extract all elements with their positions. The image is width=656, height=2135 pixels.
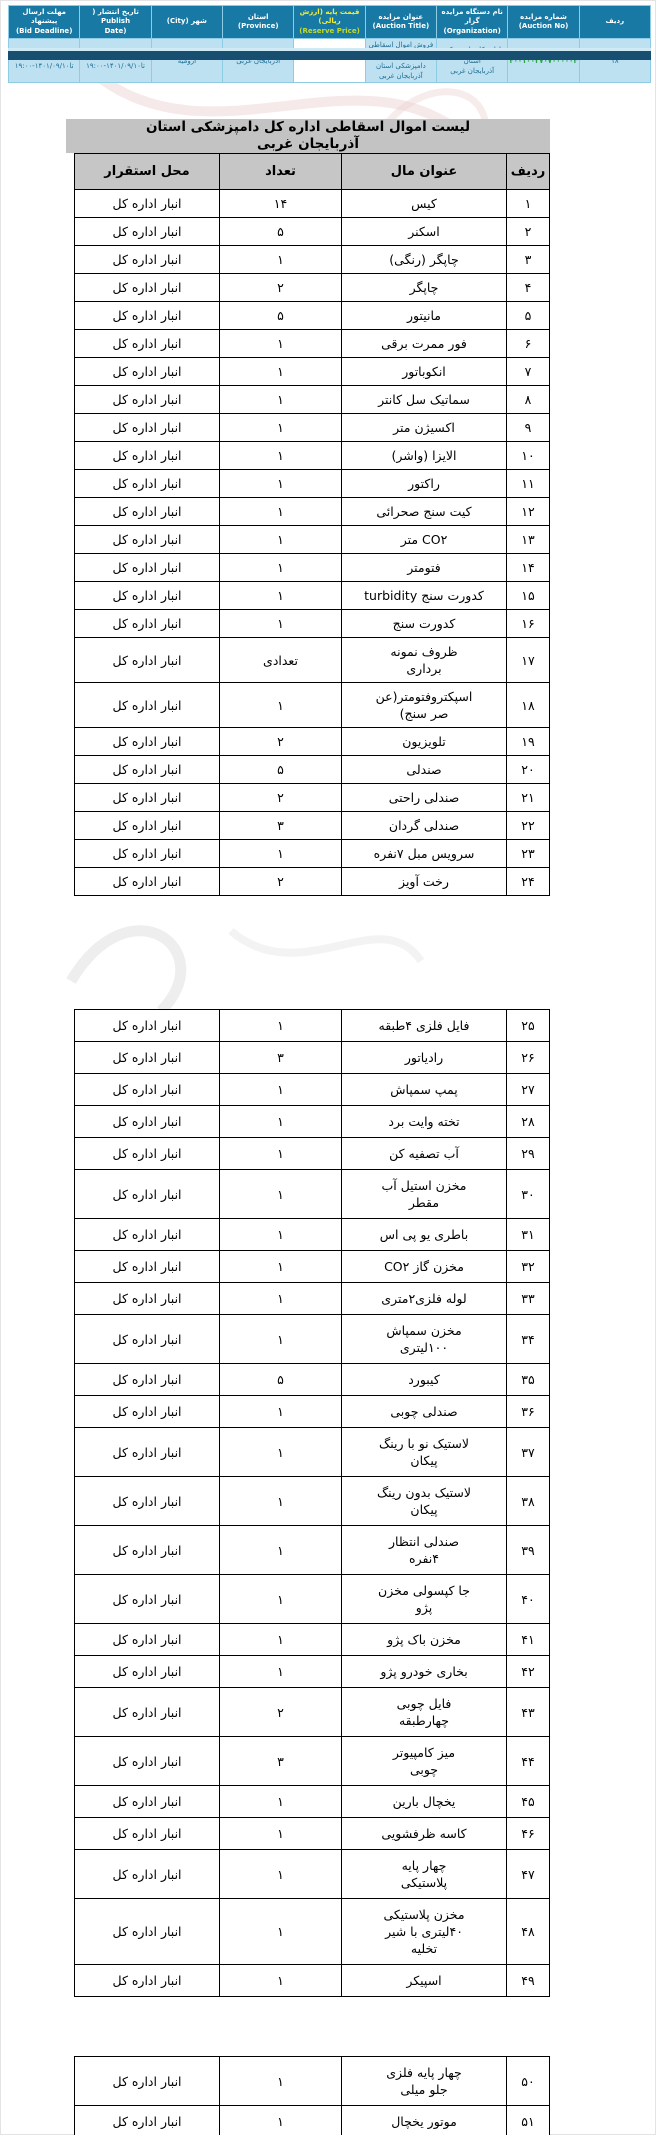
- item-location: انبار اداره کل: [75, 1042, 220, 1074]
- item-quantity: ۱: [220, 2106, 342, 2135]
- table-row: ۲۵فایل فلزی ۴طبقه۱انبار اداره کل: [75, 1010, 550, 1042]
- table-row: ۲۷پمپ سمپاش۱انبار اداره کل: [75, 1074, 550, 1106]
- table-row: ۱۶کدورت سنج۱انبار اداره کل: [75, 610, 550, 638]
- row-number: ۳: [507, 246, 550, 274]
- item-name: صندلی چوبی: [342, 1396, 507, 1428]
- item-quantity: ۱: [220, 470, 342, 498]
- meta-col-province: استان(Province): [223, 6, 294, 39]
- row-number: ۲: [507, 218, 550, 246]
- row-number: ۱۶: [507, 610, 550, 638]
- item-name: لوله فلزی۲متری: [342, 1283, 507, 1315]
- item-location: انبار اداره کل: [75, 554, 220, 582]
- item-name: آب تصفیه کن: [342, 1138, 507, 1170]
- item-quantity: ۲: [220, 274, 342, 302]
- row-number: ۱۷: [507, 638, 550, 683]
- item-name: مخزن باک پژو: [342, 1624, 507, 1656]
- item-name: کیت سنج صحرائی: [342, 498, 507, 526]
- table-row: ۴۱مخزن باک پژو۱انبار اداره کل: [75, 1624, 550, 1656]
- table-row: ۷انکوباتور۱انبار اداره کل: [75, 358, 550, 386]
- item-quantity: ۲: [220, 1688, 342, 1737]
- item-name: صندلی گردان: [342, 812, 507, 840]
- table-row: ۳۶صندلی چوبی۱انبار اداره کل: [75, 1396, 550, 1428]
- item-location: انبار اداره کل: [75, 358, 220, 386]
- item-name: سماتیک سل کانتر: [342, 386, 507, 414]
- table-row: ۳۴مخزن سمپاش ۱۰۰لیتری۱انبار اداره کل: [75, 1315, 550, 1364]
- item-quantity: ۱: [220, 1899, 342, 1965]
- meta-value-auction-title: فروش اموال اسقاطی اداره کل دامپزشکی استا…: [365, 39, 436, 83]
- row-number: ۸: [507, 386, 550, 414]
- row-number: ۲۹: [507, 1138, 550, 1170]
- item-location: انبار اداره کل: [75, 784, 220, 812]
- item-quantity: ۱: [220, 1526, 342, 1575]
- item-quantity: ۱: [220, 1656, 342, 1688]
- item-quantity: ۱: [220, 1818, 342, 1850]
- row-number: ۷: [507, 358, 550, 386]
- item-quantity: ۱: [220, 498, 342, 526]
- item-quantity: ۱: [220, 1138, 342, 1170]
- item-quantity: ۵: [220, 756, 342, 784]
- table-row: ۴۷چهار پایه پلاستیکی۱انبار اداره کل: [75, 1850, 550, 1899]
- table-row: ۲۰صندلی۵انبار اداره کل: [75, 756, 550, 784]
- row-number: ۳۹: [507, 1526, 550, 1575]
- item-quantity: ۵: [220, 1364, 342, 1396]
- table-row: ۶فور ممرت برقی۱انبار اداره کل: [75, 330, 550, 358]
- item-location: انبار اداره کل: [75, 386, 220, 414]
- item-location: انبار اداره کل: [75, 442, 220, 470]
- item-location: انبار اداره کل: [75, 812, 220, 840]
- item-quantity: ۱: [220, 330, 342, 358]
- item-quantity: ۵: [220, 218, 342, 246]
- col-header-row-number: ردیف: [507, 154, 550, 190]
- item-quantity: ۱: [220, 1428, 342, 1477]
- row-number: ۱: [507, 190, 550, 218]
- item-location: انبار اداره کل: [75, 302, 220, 330]
- table-row: ۲۶رادیاتور۳انبار اداره کل: [75, 1042, 550, 1074]
- item-name: سرویس مبل ۷نفره: [342, 840, 507, 868]
- table-row: ۳۷لاستیک نو با رینگ پیکان۱انبار اداره کل: [75, 1428, 550, 1477]
- item-location: انبار اداره کل: [75, 756, 220, 784]
- item-quantity: تعدادی: [220, 638, 342, 683]
- item-location: انبار اداره کل: [75, 2057, 220, 2106]
- item-name: مانیتور: [342, 302, 507, 330]
- table-row: ۹اکسیژن متر۱انبار اداره کل: [75, 414, 550, 442]
- row-number: ۴۲: [507, 1656, 550, 1688]
- row-number: ۱۴: [507, 554, 550, 582]
- item-name: فایل فلزی ۴طبقه: [342, 1010, 507, 1042]
- table-row: ۴۴میز کامپیوتر چوبی۳انبار اداره کل: [75, 1737, 550, 1786]
- item-location: انبار اداره کل: [75, 274, 220, 302]
- item-name: فور ممرت برقی: [342, 330, 507, 358]
- table-row: ۱۴فتومتر۱انبار اداره کل: [75, 554, 550, 582]
- item-quantity: ۱: [220, 2057, 342, 2106]
- table-row: ۱۵کدورت سنج turbidity۱انبار اداره کل: [75, 582, 550, 610]
- table-row: ۵مانیتور۵انبار اداره کل: [75, 302, 550, 330]
- item-quantity: ۱: [220, 246, 342, 274]
- item-location: انبار اداره کل: [75, 1656, 220, 1688]
- item-name: صندلی راحتی: [342, 784, 507, 812]
- item-location: انبار اداره کل: [75, 1074, 220, 1106]
- item-quantity: ۱: [220, 414, 342, 442]
- item-quantity: ۱: [220, 1575, 342, 1624]
- meta-value-reserve-price: [294, 39, 365, 83]
- row-number: ۳۵: [507, 1364, 550, 1396]
- item-quantity: ۱: [220, 1251, 342, 1283]
- row-number: ۴۸: [507, 1899, 550, 1965]
- item-quantity: ۱: [220, 1106, 342, 1138]
- row-number: ۲۶: [507, 1042, 550, 1074]
- item-quantity: ۱: [220, 610, 342, 638]
- item-quantity: ۱: [220, 1624, 342, 1656]
- item-quantity: ۲: [220, 728, 342, 756]
- table-row: ۱۱راکتور۱انبار اداره کل: [75, 470, 550, 498]
- meta-value-radif: ۱۸: [579, 39, 650, 83]
- items-table-1: ردیف عنوان مال تعداد محل استقرار ۱کیس۱۴ا…: [74, 153, 550, 896]
- table-row: ۴چاپگر۲انبار اداره کل: [75, 274, 550, 302]
- item-name: بخاری خودرو پژو: [342, 1656, 507, 1688]
- meta-col-reserve-price: قیمت پایه (ارزش ریالی)(Reserve Price): [294, 6, 365, 39]
- col-header-location: محل استقرار: [75, 154, 220, 190]
- item-location: انبار اداره کل: [75, 1786, 220, 1818]
- table-row: ۱۹تلویزیون۲انبار اداره کل: [75, 728, 550, 756]
- item-name: فتومتر: [342, 554, 507, 582]
- row-number: ۱۵: [507, 582, 550, 610]
- items-table-2: ۲۵فایل فلزی ۴طبقه۱انبار اداره کل۲۶رادیات…: [74, 1009, 550, 1997]
- item-quantity: ۳: [220, 1737, 342, 1786]
- item-location: انبار اداره کل: [75, 1251, 220, 1283]
- item-quantity: ۵: [220, 302, 342, 330]
- item-quantity: ۱: [220, 1315, 342, 1364]
- table-row: ۳۰مخزن استیل آب مقطر۱انبار اداره کل: [75, 1170, 550, 1219]
- item-location: انبار اداره کل: [75, 1170, 220, 1219]
- item-name: چاپگر: [342, 274, 507, 302]
- col-header-item-title: عنوان مال: [342, 154, 507, 190]
- item-quantity: ۱: [220, 358, 342, 386]
- item-location: انبار اداره کل: [75, 246, 220, 274]
- item-name: باطری یو پی اس: [342, 1219, 507, 1251]
- list-title-line2: آذربایجان غربی: [66, 136, 550, 153]
- item-location: انبار اداره کل: [75, 190, 220, 218]
- item-location: انبار اداره کل: [75, 1624, 220, 1656]
- item-name: کیس: [342, 190, 507, 218]
- row-number: ۵۰: [507, 2057, 550, 2106]
- meta-value-province: آذربایجان غربی: [223, 39, 294, 83]
- row-number: ۳۲: [507, 1251, 550, 1283]
- item-name: جا کپسولی مخزن پژو: [342, 1575, 507, 1624]
- table-row: ۲۳سرویس مبل ۷نفره۱انبار اداره کل: [75, 840, 550, 868]
- item-quantity: ۱: [220, 1786, 342, 1818]
- meta-col-organization: نام دستگاه مزایده گزار(Organization): [437, 6, 508, 39]
- row-number: ۱۳: [507, 526, 550, 554]
- item-name: تخته وایت برد: [342, 1106, 507, 1138]
- item-location: انبار اداره کل: [75, 1010, 220, 1042]
- item-name: الایزا (واشر): [342, 442, 507, 470]
- item-location: انبار اداره کل: [75, 683, 220, 728]
- row-number: ۴۳: [507, 1688, 550, 1737]
- table-row: ۴۹اسپیکر۱انبار اداره کل: [75, 1965, 550, 1997]
- item-location: انبار اداره کل: [75, 498, 220, 526]
- item-location: انبار اداره کل: [75, 610, 220, 638]
- row-number: ۴۴: [507, 1737, 550, 1786]
- item-quantity: ۱: [220, 526, 342, 554]
- item-name: کدورت سنج: [342, 610, 507, 638]
- table-row: ۴۳فایل چوبی چهارطبقه۲انبار اداره کل: [75, 1688, 550, 1737]
- item-quantity: ۱۴: [220, 190, 342, 218]
- divider-bar: [8, 51, 651, 60]
- item-quantity: ۱: [220, 1850, 342, 1899]
- item-location: انبار اداره کل: [75, 1737, 220, 1786]
- row-number: ۴۰: [507, 1575, 550, 1624]
- item-name: رخت آویز: [342, 868, 507, 896]
- item-quantity: ۳: [220, 1042, 342, 1074]
- table-row: ۵۰چهار پایه فلزی جلو میلی۱انبار اداره کل: [75, 2057, 550, 2106]
- item-name: چهار پایه فلزی جلو میلی: [342, 2057, 507, 2106]
- item-quantity: ۱: [220, 1074, 342, 1106]
- item-location: انبار اداره کل: [75, 470, 220, 498]
- item-name: اکسیژن متر: [342, 414, 507, 442]
- table-row: ۳۹صندلی انتظار ۴نفره۱انبار اداره کل: [75, 1526, 550, 1575]
- item-name: پمپ سمپاش: [342, 1074, 507, 1106]
- meta-value-auction-no: ۲۰۰۱۰۰۳۷۰۷۰۰۰۰۰۲: [508, 39, 579, 83]
- item-location: انبار اداره کل: [75, 1818, 220, 1850]
- meta-col-auction-title: عنوان مزایده (Auction Title): [365, 6, 436, 39]
- item-location: انبار اداره کل: [75, 638, 220, 683]
- item-name: فایل چوبی چهارطبقه: [342, 1688, 507, 1737]
- row-number: ۲۵: [507, 1010, 550, 1042]
- item-name: موتور یخچال: [342, 2106, 507, 2135]
- row-number: ۴۱: [507, 1624, 550, 1656]
- item-location: انبار اداره کل: [75, 1315, 220, 1364]
- item-name: کدورت سنج turbidity: [342, 582, 507, 610]
- item-location: انبار اداره کل: [75, 1899, 220, 1965]
- meta-value-city: ارومیه: [151, 39, 222, 83]
- table-row: ۱۳CO۲ متر۱انبار اداره کل: [75, 526, 550, 554]
- row-number: ۴۵: [507, 1786, 550, 1818]
- meta-value-organization: اداره کل دامپزشکی استان آذربایجان غربی: [437, 39, 508, 83]
- row-number: ۱۸: [507, 683, 550, 728]
- item-location: انبار اداره کل: [75, 1477, 220, 1526]
- item-name: میز کامپیوتر چوبی: [342, 1737, 507, 1786]
- item-quantity: ۱: [220, 840, 342, 868]
- item-name: لاستیک بدون رینگ پیکان: [342, 1477, 507, 1526]
- item-name: چهار پایه پلاستیکی: [342, 1850, 507, 1899]
- item-location: انبار اداره کل: [75, 1106, 220, 1138]
- row-number: ۳۷: [507, 1428, 550, 1477]
- table-row: ۳چاپگر (رنگی)۱انبار اداره کل: [75, 246, 550, 274]
- item-location: انبار اداره کل: [75, 1850, 220, 1899]
- table-row: ۱کیس۱۴انبار اداره کل: [75, 190, 550, 218]
- items-table-3: ۵۰چهار پایه فلزی جلو میلی۱انبار اداره کل…: [74, 2056, 550, 2135]
- item-location: انبار اداره کل: [75, 1283, 220, 1315]
- item-location: انبار اداره کل: [75, 1364, 220, 1396]
- table-row: ۴۶کاسه ظرفشویی۱انبار اداره کل: [75, 1818, 550, 1850]
- item-name: ظروف نمونه برداری: [342, 638, 507, 683]
- row-number: ۲۷: [507, 1074, 550, 1106]
- item-quantity: ۱: [220, 1170, 342, 1219]
- item-quantity: ۱: [220, 1219, 342, 1251]
- item-name: راکتور: [342, 470, 507, 498]
- table-row: ۲۱صندلی راحتی۲انبار اداره کل: [75, 784, 550, 812]
- item-quantity: ۱: [220, 1965, 342, 1997]
- item-name: مخزن گاز CO۲: [342, 1251, 507, 1283]
- table-row: ۱۷ظروف نمونه برداریتعدادیانبار اداره کل: [75, 638, 550, 683]
- table-row: ۲۲صندلی گردان۳انبار اداره کل: [75, 812, 550, 840]
- item-name: صندلی: [342, 756, 507, 784]
- meta-header-row: ردیفشماره مزایده(Auction No)نام دستگاه م…: [9, 6, 651, 39]
- item-quantity: ۱: [220, 582, 342, 610]
- meta-col-bid-deadline: مهلت ارسال پیشنهاد(Bid Deadline): [9, 6, 80, 39]
- row-number: ۴۹: [507, 1965, 550, 1997]
- item-name: یخچال بارین: [342, 1786, 507, 1818]
- row-number: ۱۹: [507, 728, 550, 756]
- list-title: لیست اموال اسقاطی اداره کل دامپزشکی استا…: [66, 119, 550, 153]
- meta-value-bid-deadline: از۱۴۰۱/۰۹/۰۸-۰۹:۰۰ تا۱۴۰۱/۰۹/۱۰-۱۹:۰۰: [9, 39, 80, 83]
- item-location: انبار اداره کل: [75, 1688, 220, 1737]
- table-row: ۲اسکنر۵انبار اداره کل: [75, 218, 550, 246]
- row-number: ۴۷: [507, 1850, 550, 1899]
- items-header-row: ردیف عنوان مال تعداد محل استقرار: [75, 154, 550, 190]
- item-quantity: ۲: [220, 868, 342, 896]
- table-row: ۳۸لاستیک بدون رینگ پیکان۱انبار اداره کل: [75, 1477, 550, 1526]
- item-location: انبار اداره کل: [75, 1138, 220, 1170]
- col-header-quantity: تعداد: [220, 154, 342, 190]
- item-quantity: ۱: [220, 386, 342, 414]
- row-number: ۲۲: [507, 812, 550, 840]
- item-location: انبار اداره کل: [75, 582, 220, 610]
- item-quantity: ۱: [220, 1283, 342, 1315]
- row-number: ۱۱: [507, 470, 550, 498]
- row-number: ۲۰: [507, 756, 550, 784]
- table-row: ۴۲بخاری خودرو پژو۱انبار اداره کل: [75, 1656, 550, 1688]
- row-number: ۶: [507, 330, 550, 358]
- item-location: انبار اداره کل: [75, 728, 220, 756]
- meta-value-publish-date: از۱۴۰۱/۰۹/۰۸-۰۸:۰۰ تا۱۴۰۱/۰۹/۱۰-۱۹:۰۰: [80, 39, 151, 83]
- item-location: انبار اداره کل: [75, 526, 220, 554]
- item-name: مخزن سمپاش ۱۰۰لیتری: [342, 1315, 507, 1364]
- table-row: ۳۵کیبورد۵انبار اداره کل: [75, 1364, 550, 1396]
- row-number: ۳۱: [507, 1219, 550, 1251]
- row-number: ۹: [507, 414, 550, 442]
- table-row: ۸سماتیک سل کانتر۱انبار اداره کل: [75, 386, 550, 414]
- item-name: تلویزیون: [342, 728, 507, 756]
- row-number: ۵۱: [507, 2106, 550, 2135]
- item-location: انبار اداره کل: [75, 1526, 220, 1575]
- item-name: چاپگر (رنگی): [342, 246, 507, 274]
- item-name: لاستیک نو با رینگ پیکان: [342, 1428, 507, 1477]
- item-quantity: ۱: [220, 1396, 342, 1428]
- auction-document-page: ردیفشماره مزایده(Auction No)نام دستگاه م…: [0, 0, 656, 2135]
- row-number: ۱۰: [507, 442, 550, 470]
- item-quantity: ۱: [220, 1477, 342, 1526]
- table-row: ۴۸مخزن پلاستیکی ۴۰لیتری با شیر تخلیه۱انب…: [75, 1899, 550, 1965]
- item-location: انبار اداره کل: [75, 1965, 220, 1997]
- table-row: ۳۱باطری یو پی اس۱انبار اداره کل: [75, 1219, 550, 1251]
- meta-col-auction-no: شماره مزایده(Auction No): [508, 6, 579, 39]
- item-name: اسپکتروفتومتر(عن صر سنج): [342, 683, 507, 728]
- meta-col-radif: ردیف: [579, 6, 650, 39]
- table-row: ۱۸اسپکتروفتومتر(عن صر سنج)۱انبار اداره ک…: [75, 683, 550, 728]
- item-quantity: ۱: [220, 554, 342, 582]
- item-location: انبار اداره کل: [75, 1428, 220, 1477]
- item-name: کاسه ظرفشویی: [342, 1818, 507, 1850]
- row-number: ۲۸: [507, 1106, 550, 1138]
- item-quantity: ۱: [220, 683, 342, 728]
- item-location: انبار اداره کل: [75, 1396, 220, 1428]
- item-name: اسپیکر: [342, 1965, 507, 1997]
- table-row: ۳۳لوله فلزی۲متری۱انبار اداره کل: [75, 1283, 550, 1315]
- row-number: ۳۸: [507, 1477, 550, 1526]
- row-number: ۲۳: [507, 840, 550, 868]
- row-number: ۲۱: [507, 784, 550, 812]
- item-location: انبار اداره کل: [75, 1575, 220, 1624]
- list-title-line1: لیست اموال اسقاطی اداره کل دامپزشکی استا…: [66, 119, 550, 136]
- meta-col-publish-date: تاریخ انتشار ( Publish(Date: [80, 6, 151, 39]
- meta-col-city: شهر (City): [151, 6, 222, 39]
- auction-meta-table: ردیفشماره مزایده(Auction No)نام دستگاه م…: [8, 5, 651, 83]
- table-row: ۵۱موتور یخچال۱انبار اداره کل: [75, 2106, 550, 2135]
- item-location: انبار اداره کل: [75, 218, 220, 246]
- table-row: ۲۴رخت آویز۲انبار اداره کل: [75, 868, 550, 896]
- item-location: انبار اداره کل: [75, 330, 220, 358]
- row-number: ۱۲: [507, 498, 550, 526]
- table-row: ۱۰الایزا (واشر)۱انبار اداره کل: [75, 442, 550, 470]
- item-quantity: ۲: [220, 784, 342, 812]
- item-quantity: ۱: [220, 1010, 342, 1042]
- table-row: ۲۸تخته وایت برد۱انبار اداره کل: [75, 1106, 550, 1138]
- item-location: انبار اداره کل: [75, 2106, 220, 2135]
- item-location: انبار اداره کل: [75, 868, 220, 896]
- row-number: ۲۴: [507, 868, 550, 896]
- item-location: انبار اداره کل: [75, 840, 220, 868]
- item-name: مخزن پلاستیکی ۴۰لیتری با شیر تخلیه: [342, 1899, 507, 1965]
- row-number: ۵: [507, 302, 550, 330]
- row-number: ۳۰: [507, 1170, 550, 1219]
- item-name: مخزن استیل آب مقطر: [342, 1170, 507, 1219]
- row-number: ۳۶: [507, 1396, 550, 1428]
- row-number: ۴: [507, 274, 550, 302]
- item-location: انبار اداره کل: [75, 1219, 220, 1251]
- table-row: ۳۲مخزن گاز CO۲۱انبار اداره کل: [75, 1251, 550, 1283]
- item-quantity: ۳: [220, 812, 342, 840]
- item-name: کیبورد: [342, 1364, 507, 1396]
- item-name: صندلی انتظار ۴نفره: [342, 1526, 507, 1575]
- item-name: انکوباتور: [342, 358, 507, 386]
- meta-value-row: ۱۸۲۰۰۱۰۰۳۷۰۷۰۰۰۰۰۲اداره کل دامپزشکی استا…: [9, 39, 651, 83]
- row-number: ۳۳: [507, 1283, 550, 1315]
- row-number: ۳۴: [507, 1315, 550, 1364]
- item-quantity: ۱: [220, 442, 342, 470]
- row-number: ۴۶: [507, 1818, 550, 1850]
- table-row: ۱۲کیت سنج صحرائی۱انبار اداره کل: [75, 498, 550, 526]
- table-row: ۲۹آب تصفیه کن۱انبار اداره کل: [75, 1138, 550, 1170]
- item-name: اسکنر: [342, 218, 507, 246]
- item-name: CO۲ متر: [342, 526, 507, 554]
- table-row: ۴۰جا کپسولی مخزن پژو۱انبار اداره کل: [75, 1575, 550, 1624]
- table-row: ۴۵یخچال بارین۱انبار اداره کل: [75, 1786, 550, 1818]
- item-location: انبار اداره کل: [75, 414, 220, 442]
- item-name: رادیاتور: [342, 1042, 507, 1074]
